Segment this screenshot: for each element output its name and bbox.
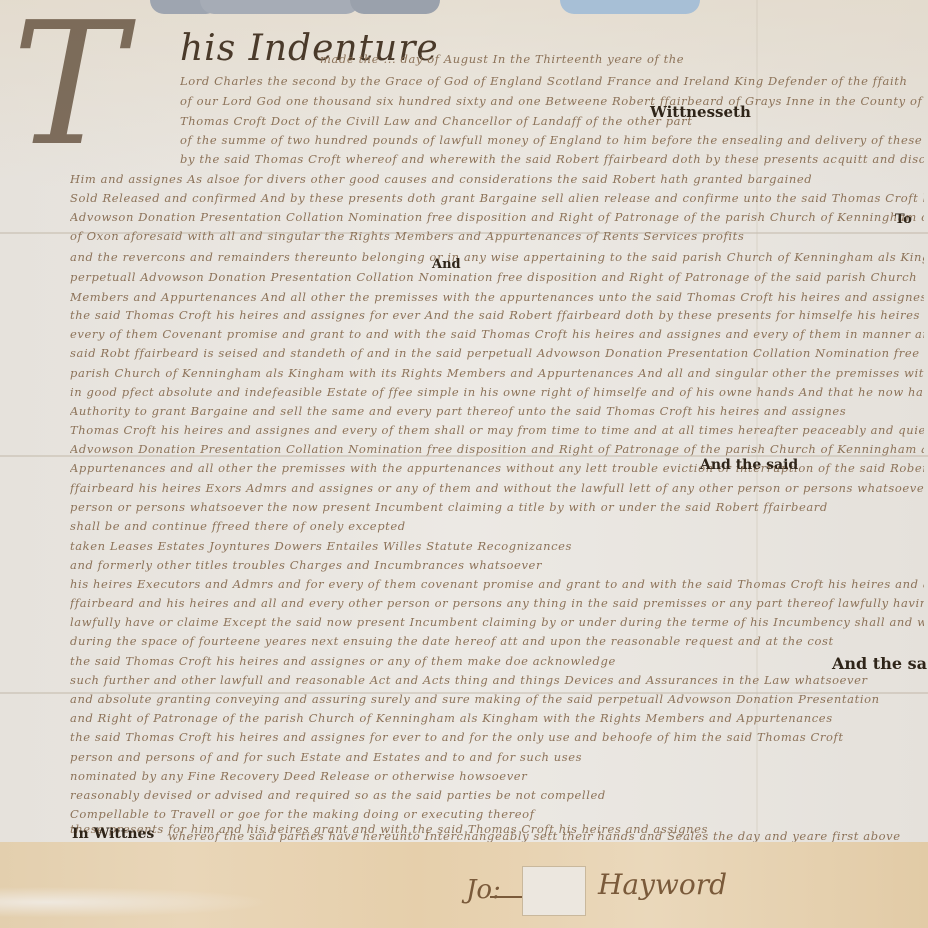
text-line: and absolute granting conveying and assu… <box>70 692 924 706</box>
text-line: the said Thomas Croft his heires and ass… <box>70 308 924 322</box>
text-line: Him and assignes As alsoe for divers oth… <box>70 172 924 186</box>
text-line: Thomas Croft Doct of the Civill Law and … <box>180 114 924 128</box>
text-line: of our Lord God one thousand six hundred… <box>180 94 924 108</box>
parchment-sheet: T his Indenture made the ... day of Augu… <box>0 0 928 848</box>
text-line: in good pfect absolute and indefeasible … <box>70 385 924 399</box>
text-line: and formerly other titles troubles Charg… <box>70 558 924 572</box>
and-the-said-marker: And the said <box>700 457 798 473</box>
in-witness-marker: In Wittnes <box>72 826 154 842</box>
signature-stroke <box>490 896 522 898</box>
text-line: lawfully have or claime Except the said … <box>70 615 924 629</box>
text-line: Thomas Croft his heires and assignes and… <box>70 423 924 437</box>
seal-patch-blue <box>560 0 700 14</box>
text-line: perpetuall Advowson Donation Presentatio… <box>70 270 924 284</box>
text-line: ffairbeard his heires Exors Admrs and as… <box>70 481 924 495</box>
and-the-said-marker-2: And the sa <box>832 654 927 673</box>
and-marker: And <box>432 257 461 272</box>
text-line: made the ... day of August In the Thirte… <box>320 52 924 66</box>
text-line: Sold Released and confirmed And by these… <box>70 191 924 205</box>
text-line: and Right of Patronage of the parish Chu… <box>70 711 924 725</box>
text-line: Compellable to Travell or goe for the ma… <box>70 807 924 821</box>
seal-patch-grey <box>350 0 440 14</box>
text-line: and the revercons and remainders thereun… <box>70 250 924 264</box>
text-line: Advowson Donation Presentation Collation… <box>70 210 924 224</box>
parchment-fold-flap <box>0 842 928 928</box>
text-line: of Oxon aforesaid with all and singular … <box>70 229 924 243</box>
witnesseth-marker: Wittnesseth <box>650 103 751 121</box>
seal-tag <box>522 866 586 916</box>
to-all-marker: To <box>895 212 912 227</box>
text-line: by the said Thomas Croft whereof and whe… <box>180 152 924 166</box>
text-line: parish Church of Kenningham als Kingham … <box>70 366 924 380</box>
text-line: the said Thomas Croft his heires and ass… <box>70 730 924 744</box>
text-line: reasonably devised or advised and requir… <box>70 788 924 802</box>
text-line: of the summe of two hundred pounds of la… <box>180 133 924 147</box>
text-line: the said Thomas Croft his heires and ass… <box>70 654 924 668</box>
text-line: said Robt ffairbeard is seised and stand… <box>70 346 924 360</box>
text-line: ffairbeard and his heires and all and ev… <box>70 596 924 610</box>
text-line: every of them Covenant promise and grant… <box>70 327 924 341</box>
text-line: Advowson Donation Presentation Collation… <box>70 442 924 456</box>
text-line: nominated by any Fine Recovery Deed Rele… <box>70 769 924 783</box>
decorated-initial: T <box>12 0 162 170</box>
text-line: during the space of fourteene yeares nex… <box>70 634 924 648</box>
text-line: person and persons of and for such Estat… <box>70 750 924 764</box>
text-line: such further and other lawfull and reaso… <box>70 673 924 687</box>
signature-surname: Hayword <box>598 868 727 901</box>
text-line: Lord Charles the second by the Grace of … <box>180 74 924 88</box>
text-line: shall be and continue ffreed there of on… <box>70 519 924 533</box>
text-line: Authority to grant Bargaine and sell the… <box>70 404 924 418</box>
seal-patch-grey <box>200 0 360 14</box>
text-line: his heires Executors and Admrs and for e… <box>70 577 924 591</box>
text-line: taken Leases Estates Joyntures Dowers En… <box>70 539 924 553</box>
text-line: Members and Appurtenances And all other … <box>70 290 924 304</box>
signature-initials: Jo: <box>466 875 501 905</box>
closing-line: whereof the said parties have hereunto I… <box>168 829 928 843</box>
text-line: person or persons whatsoever the now pre… <box>70 500 924 514</box>
